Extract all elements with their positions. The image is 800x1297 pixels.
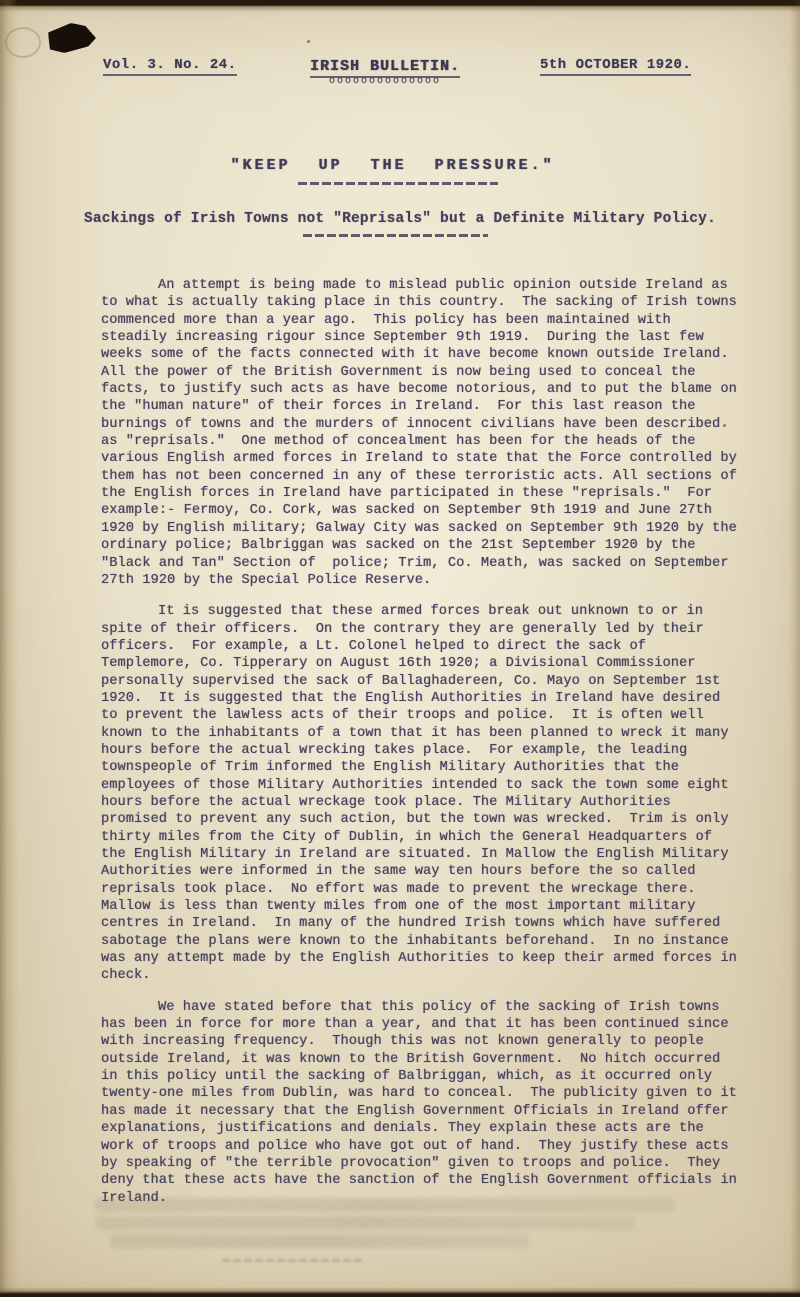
scan-edge-top (0, 0, 800, 12)
paper-speck (307, 40, 310, 43)
masthead-flourish: oooooooooooooo (0, 76, 770, 87)
paragraph-1: An attempt is being made to mislead publ… (101, 277, 741, 589)
article-body: An attempt is being made to mislead publ… (101, 277, 741, 1223)
issue-date: 5th OCTOBER 1920. (540, 57, 691, 76)
subheadline-underline (303, 234, 488, 237)
bleed-through-text (95, 1198, 675, 1212)
paper-stain-ring (5, 27, 41, 58)
bleed-through-text (110, 1234, 530, 1248)
bleed-through-rule (222, 1259, 362, 1262)
document-page: Vol. 3. No. 24. IRISH BULLETIN. oooooooo… (0, 0, 800, 1297)
masthead-title: IRISH BULLETIN. (310, 58, 460, 78)
bleed-through-text (95, 1216, 635, 1230)
scan-edge-right (790, 0, 800, 1297)
ink-blot (48, 23, 96, 53)
scan-edge-left (0, 0, 18, 1297)
headline: "KEEP UP THE PRESSURE." (230, 157, 554, 174)
subheadline: Sackings of Irish Towns not "Reprisals" … (84, 211, 716, 227)
paragraph-2: It is suggested that these armed forces … (101, 603, 741, 985)
paragraph-3: We have stated before that this policy o… (101, 999, 741, 1207)
scan-edge-bottom (0, 1287, 800, 1297)
headline-underline (298, 182, 498, 185)
